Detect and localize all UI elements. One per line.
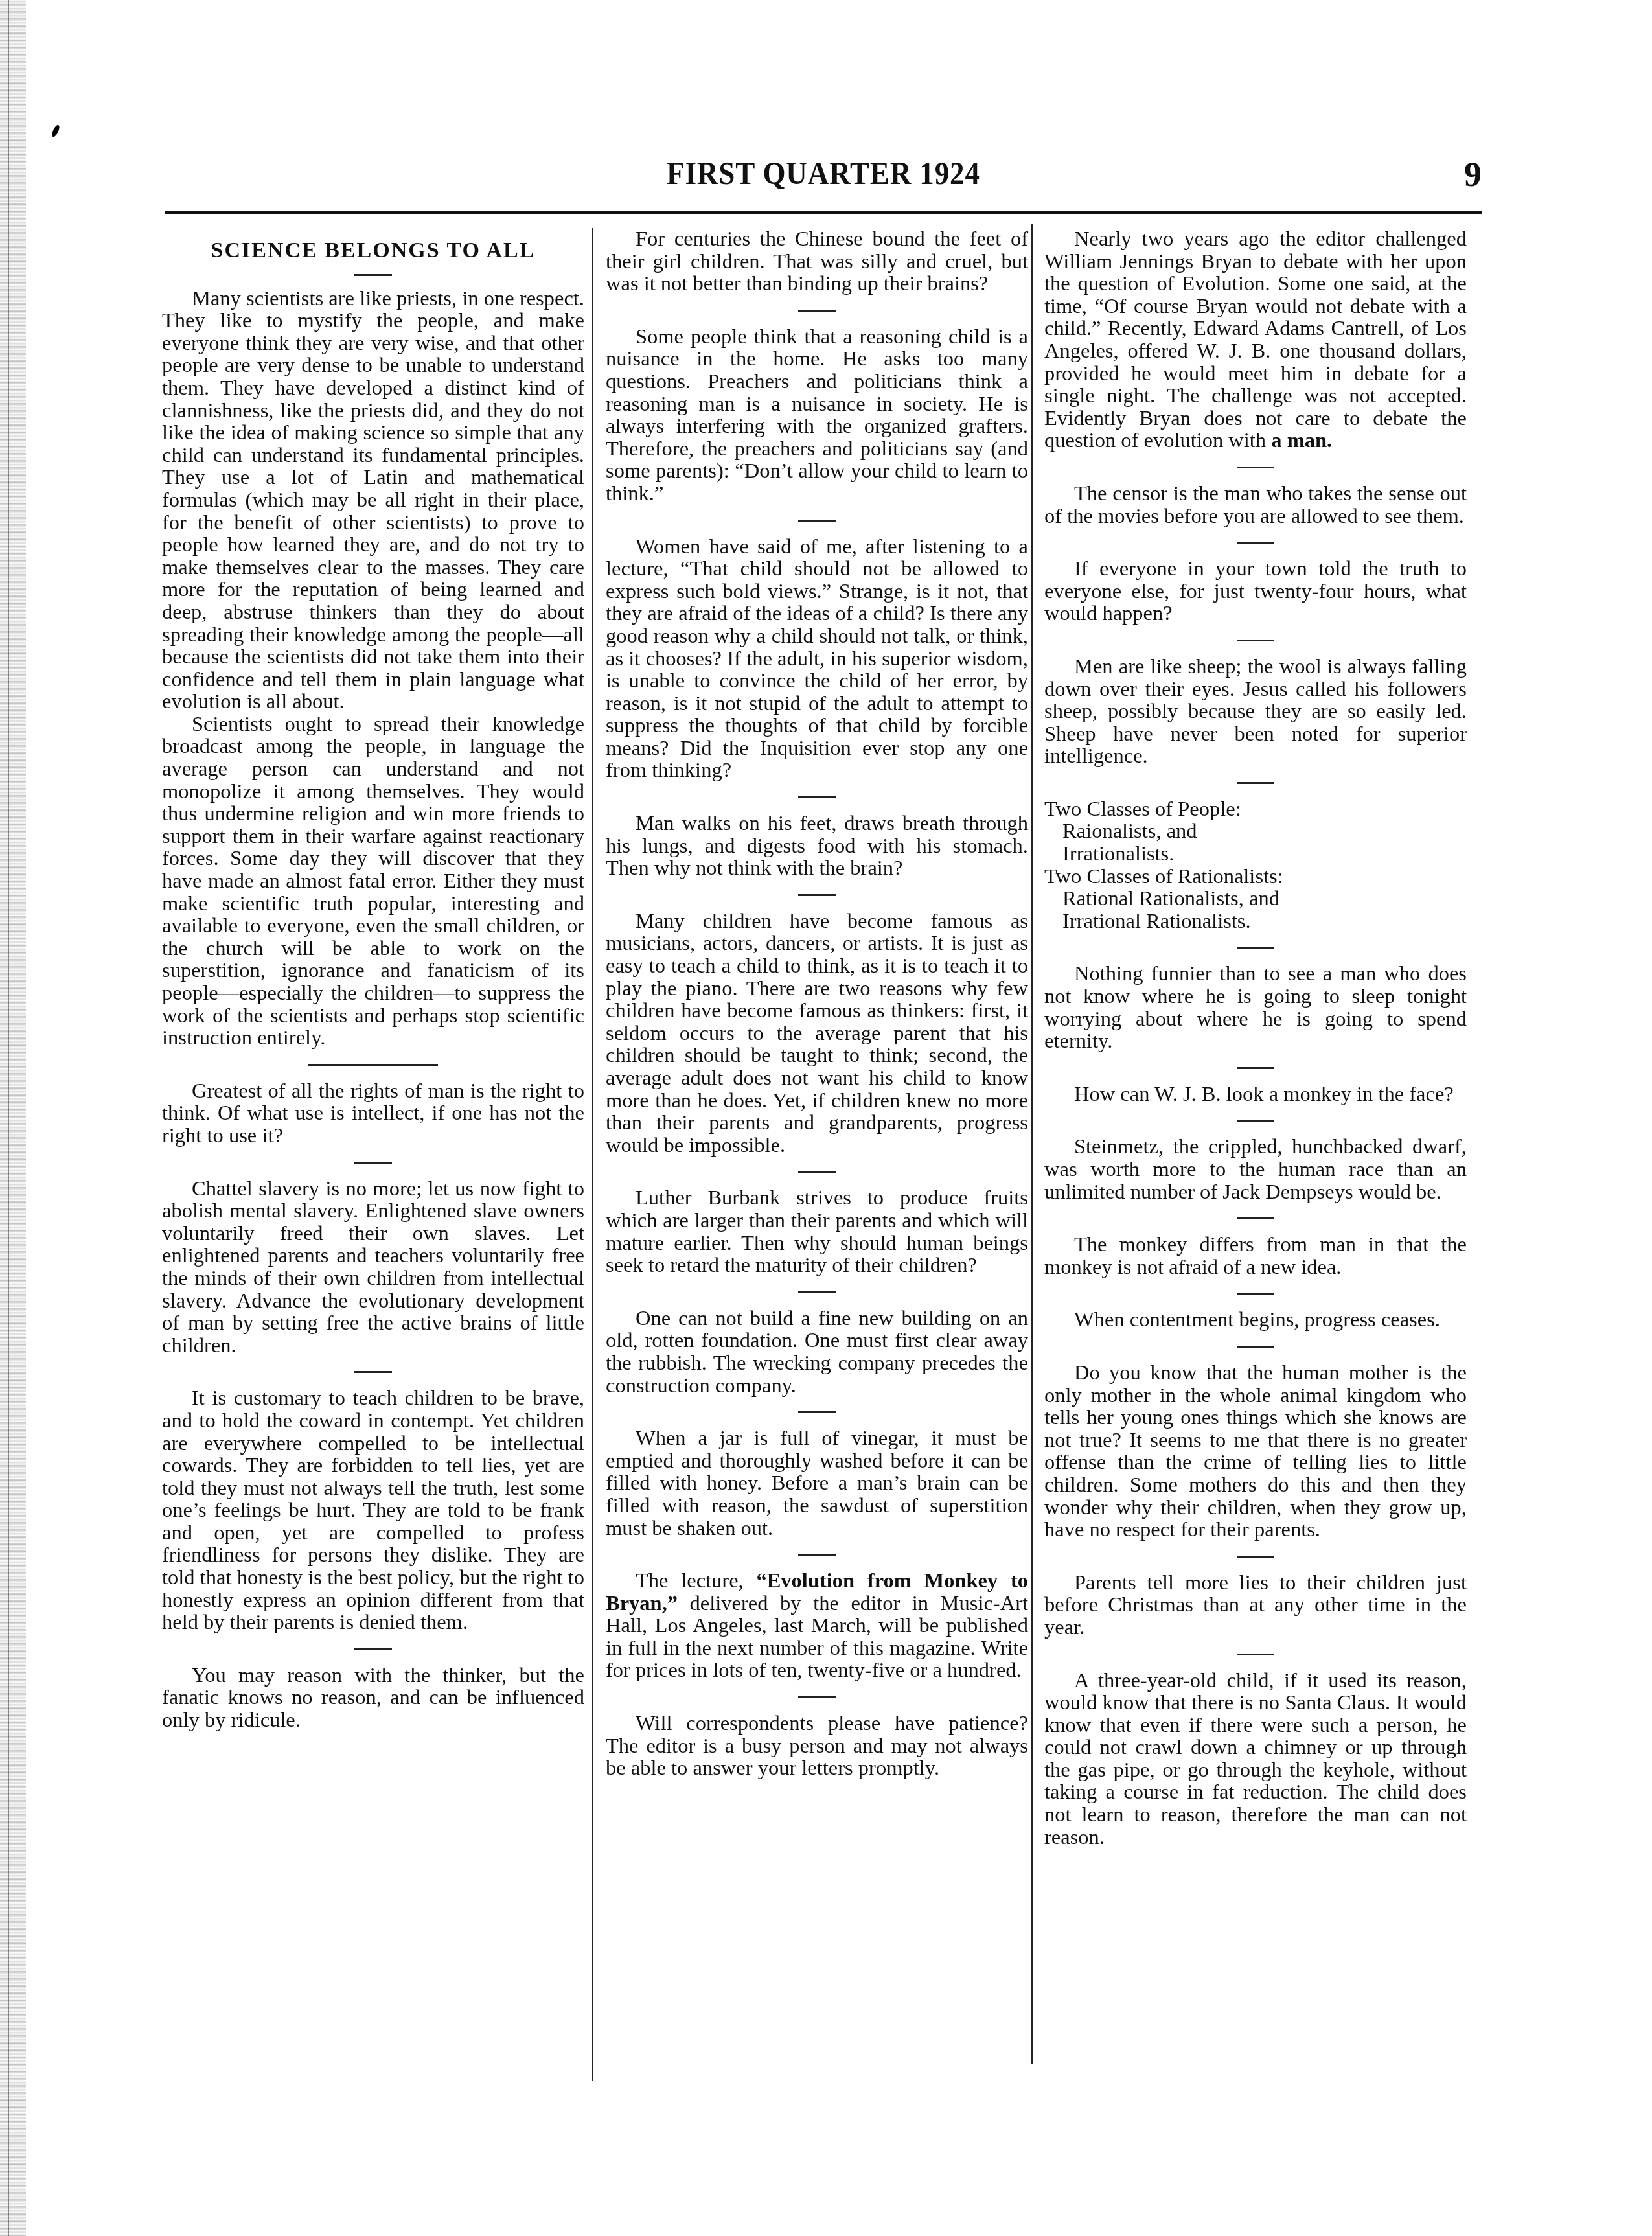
separator — [1237, 947, 1274, 949]
column-1: SCIENCE BELONGS TO ALL Many scientists a… — [162, 228, 584, 1732]
paragraph: Men are like sheep; the wool is always f… — [1044, 656, 1467, 768]
column-2: For centuries the Chinese bound the feet… — [606, 228, 1028, 1780]
bryan-challenge-paragraph: Nearly two years ago the editor challeng… — [1044, 228, 1467, 452]
classes-list: Two Classes of People: Raionalists, and … — [1044, 798, 1467, 933]
paragraph: Parents tell more lies to their children… — [1044, 1572, 1467, 1639]
separator — [798, 1411, 836, 1413]
paragraph: Greatest of all the rights of man is the… — [162, 1080, 584, 1147]
classes-item: Raionalists, and — [1044, 820, 1467, 843]
paragraph: Nothing funnier than to see a man who do… — [1044, 963, 1467, 1052]
paragraph: The censor is the man who takes the sens… — [1044, 483, 1467, 527]
paragraph: Luther Burbank strives to produce fruits… — [606, 1187, 1028, 1276]
separator — [354, 274, 392, 276]
article-title: SCIENCE BELONGS TO ALL — [162, 240, 584, 262]
separator — [1237, 1556, 1274, 1558]
separator — [798, 1696, 836, 1698]
separator — [798, 894, 836, 896]
separator — [798, 796, 836, 798]
paragraph: Many scientists are like priests, in one… — [162, 288, 584, 713]
classes-heading: Two Classes of People: — [1044, 798, 1467, 821]
paragraph: Many children have become famous as musi… — [606, 910, 1028, 1157]
paragraph: You may reason with the thinker, but the… — [162, 1665, 584, 1732]
classes-item: Irrationalists. — [1044, 843, 1467, 866]
page-header: FIRST QUARTER 1924 9 — [165, 154, 1482, 206]
paragraph: Will correspondents please have patience… — [606, 1712, 1028, 1780]
paragraph: One can not build a fine new building on… — [606, 1308, 1028, 1397]
separator — [1237, 1654, 1274, 1655]
running-title: FIRST QUARTER 1924 — [231, 154, 1416, 192]
paragraph: Man walks on his feet, draws breath thro… — [606, 813, 1028, 880]
separator — [1237, 1293, 1274, 1295]
separator — [1237, 782, 1274, 784]
separator — [798, 310, 836, 312]
separator — [798, 1291, 836, 1293]
paragraph: For centuries the Chinese bound the feet… — [606, 228, 1028, 295]
separator — [1237, 1217, 1274, 1219]
separator — [354, 1371, 392, 1373]
separator — [1237, 1120, 1274, 1122]
separator — [1237, 467, 1274, 468]
paragraph: When a jar is full of vinegar, it must b… — [606, 1427, 1028, 1539]
separator — [798, 520, 836, 522]
separator — [354, 1162, 392, 1164]
separator — [1237, 640, 1274, 641]
separator — [798, 1171, 836, 1173]
paragraph: Do you know that the human mother is the… — [1044, 1362, 1467, 1541]
separator — [1237, 1346, 1274, 1348]
classes-heading: Two Classes of Rationalists: — [1044, 866, 1467, 888]
header-rule — [165, 211, 1482, 214]
paragraph: The monkey differs from man in that the … — [1044, 1234, 1467, 1278]
paragraph: Chattel slavery is no more; let us now f… — [162, 1178, 584, 1357]
column-rule-1 — [592, 228, 593, 2081]
paragraph: It is customary to teach children to be … — [162, 1387, 584, 1634]
separator — [354, 1648, 392, 1650]
paragraph: Women have said of me, after listening t… — [606, 536, 1028, 783]
paragraph: Scientists ought to spread their knowled… — [162, 713, 584, 1050]
scan-speck — [51, 124, 61, 138]
lecture-prefix: The lecture, — [636, 1569, 756, 1593]
separator — [1237, 542, 1274, 544]
paragraph: Some people think that a reasoning child… — [606, 326, 1028, 505]
lecture-notice: The lecture, “Evolution from Monkey to B… — [606, 1570, 1028, 1682]
paragraph: A three-year-old child, if it used its r… — [1044, 1670, 1467, 1849]
scan-binding-edge — [0, 0, 26, 2236]
paragraph: Steinmetz, the crippled, hunchbacked dwa… — [1044, 1136, 1467, 1203]
bryan-bold-end: a man. — [1271, 429, 1332, 452]
paragraph: When contentment begins, progress ceases… — [1044, 1309, 1467, 1331]
paragraph: If everyone in your town told the truth … — [1044, 558, 1467, 625]
column-3: Nearly two years ago the editor challeng… — [1044, 228, 1467, 1849]
classes-item: Irrational Rationalists. — [1044, 910, 1467, 933]
separator — [798, 1554, 836, 1556]
page-number: 9 — [1464, 154, 1482, 194]
paragraph: How can W. J. B. look a monkey in the fa… — [1044, 1083, 1467, 1106]
separator — [308, 1064, 438, 1066]
scan-binding-line — [8, 0, 9, 2236]
bryan-text: Nearly two years ago the editor challeng… — [1044, 227, 1467, 452]
column-rule-2 — [1031, 224, 1033, 2064]
classes-item: Rational Rationalists, and — [1044, 888, 1467, 910]
separator — [1237, 1067, 1274, 1069]
